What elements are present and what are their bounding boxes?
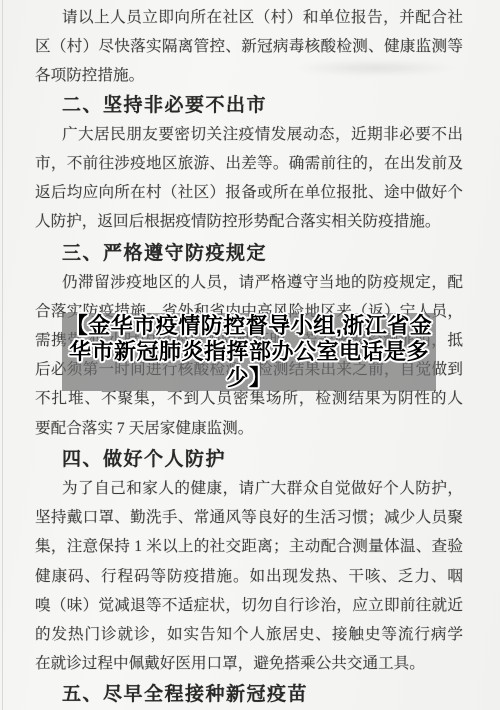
section-heading: 四、做好个人防护 (35, 445, 463, 474)
text-line: 要配合落实 7 天居家健康监测。 (35, 414, 463, 443)
text-line: 的发热门诊就诊，如实告知个人旅居史、接触史等流行病学史， (35, 620, 463, 649)
caption-line: 少】 (226, 365, 271, 391)
caption-overlay: 【金华市疫情防控督导小组,浙江省金 华市新冠肺炎指挥部办公室电话是多 少】 (62, 313, 436, 391)
text-line: 为了自己和家人的健康，请广大群众自觉做好个人防护， (35, 474, 463, 503)
text-line: 广大居民朋友要密切关注疫情发展动态，近期非必要不出 (35, 120, 463, 149)
text-line: 各项防控措施。 (35, 61, 463, 90)
text-line: 健康码、行程码等防疫措施。如出现发热、干咳、乏力、咽痛、 (35, 562, 463, 591)
text-line: 请以上人员立即向所在社区（村）和单位报告，并配合社 (35, 3, 463, 32)
text-line: 在就诊过程中佩戴好医用口罩，避免搭乘公共交通工具。 (35, 649, 463, 678)
text-line: 人防护，返回后根据疫情防控形势配合落实相关防疫措施。 (35, 207, 463, 236)
section-heading: 二、坚持非必要不出市 (35, 91, 463, 120)
caption-line: 华市新冠肺炎指挥部办公室电话是多 (69, 339, 429, 365)
section-heading: 三、严格遵守防疫规定 (35, 239, 463, 268)
text-line: 市，不前往涉疫地区旅游、出差等。确需前往的，在出发前及 (35, 149, 463, 178)
text-line: 坚持戴口罩、勤洗手、常通风等良好的生活习惯；减少人员聚 (35, 503, 463, 532)
text-line: 仍滞留涉疫地区的人员，请严格遵守当地的防疫规定，配 (35, 268, 463, 297)
scanned-document-page: 请以上人员立即向所在社区（村）和单位报告，并配合社 区（村）尽快落实隔离管控、新… (0, 0, 500, 710)
caption-line: 【金华市疫情防控督导小组,浙江省金 (66, 313, 433, 339)
text-line: 嗅（味）觉减退等不适症状，切勿自行诊治，应立即前往就近 (35, 591, 463, 620)
text-line: 集，注意保持 1 米以上的社交距离；主动配合测量体温、查验 (35, 532, 463, 561)
section-heading: 五、尽早全程接种新冠疫苗 (35, 680, 463, 709)
text-line: 返后均应向所在村（社区）报备或所在单位报批、途中做好个 (35, 178, 463, 207)
text-line: 区（村）尽快落实隔离管控、新冠病毒核酸检测、健康监测等 (35, 32, 463, 61)
